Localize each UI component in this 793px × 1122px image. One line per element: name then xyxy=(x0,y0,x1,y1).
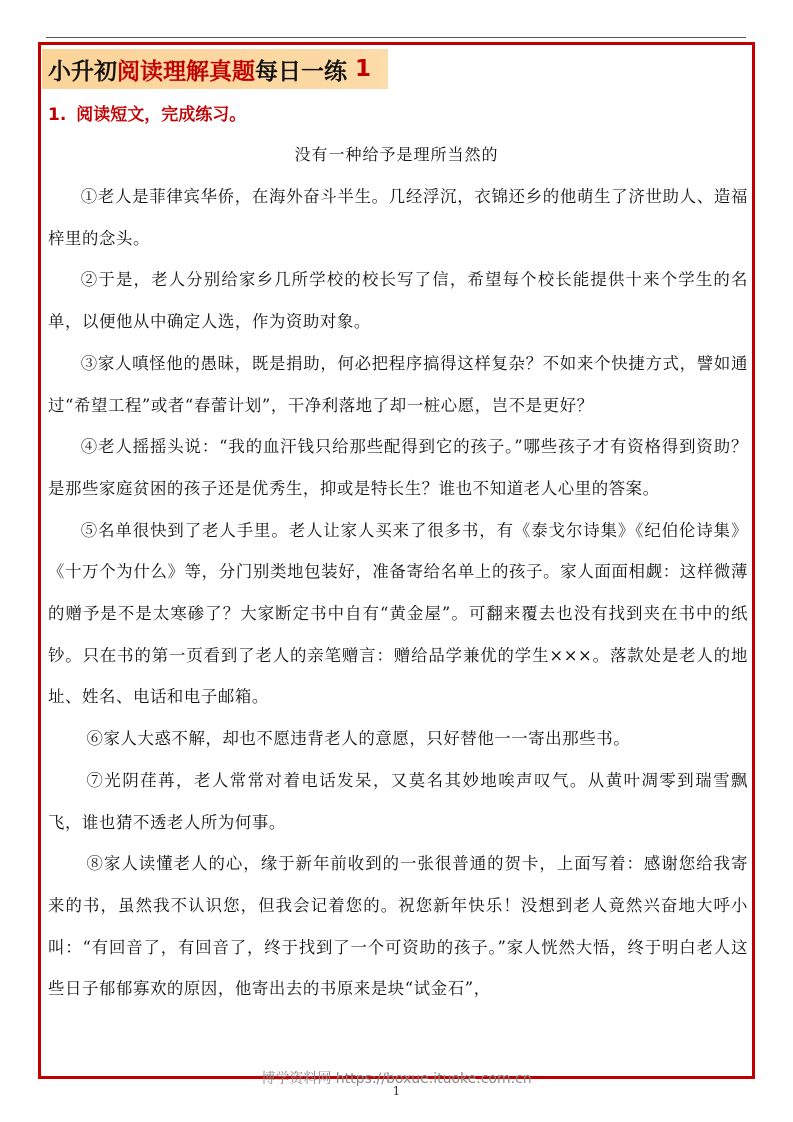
question-heading: 1.阅读短文，完成练习。 xyxy=(48,100,246,125)
paragraph-5: ⑤名单很快到了老人手里。老人让家人买来了很多书，有《泰戈尔诗集》《纪伯伦诗集》《… xyxy=(48,510,748,719)
paragraph-4: ④老人摇摇头说：“我的血汗钱只给那些配得到它的孩子。”哪些孩子才有资格得到资助？… xyxy=(48,426,748,509)
paragraph-7: ⑦光阴荏苒，老人常常对着电话发呆，又莫名其妙地唉声叹气。从黄叶凋零到瑞雪飘飞，谁… xyxy=(48,760,748,843)
paragraph-8: ⑧家人读懂老人的心，缘于新年前收到的一张很普通的贺卡，上面写着：感谢您给我寄来的… xyxy=(48,843,748,1010)
paragraph-1: ①老人是菲律宾华侨，在海外奋斗半生。几经浮沉，衣锦还乡的他萌生了济世助人、造福梓… xyxy=(48,176,748,259)
header-rule xyxy=(46,37,746,38)
title-banner: 小升初阅读理解真题每日一练1 xyxy=(42,49,388,89)
question-number: 1. xyxy=(48,105,66,125)
banner-highlight: 阅读理解真题 xyxy=(117,53,255,86)
question-instruction: 阅读短文，完成练习。 xyxy=(76,105,246,125)
banner-number: 1 xyxy=(355,56,371,82)
paragraph-6: ⑥家人大惑不解，却也不愿违背老人的意愿，只好替他一一寄出那些书。 xyxy=(48,718,748,760)
passage-body: ①老人是菲律宾华侨，在海外奋斗半生。几经浮沉，衣锦还乡的他萌生了济世助人、造福梓… xyxy=(48,176,748,1010)
banner-suffix: 每日一练 xyxy=(255,53,347,86)
banner-prefix: 小升初 xyxy=(48,53,117,86)
passage-title: 没有一种给予是理所当然的 xyxy=(0,142,793,165)
paragraph-2: ②于是，老人分别给家乡几所学校的校长写了信，希望每个校长能提供十来个学生的名单，… xyxy=(48,259,748,342)
paragraph-3: ③家人嗔怪他的愚昧，既是捐助，何必把程序搞得这样复杂？不如来个快捷方式，譬如通过… xyxy=(48,343,748,426)
page-number: 1 xyxy=(0,1084,793,1098)
